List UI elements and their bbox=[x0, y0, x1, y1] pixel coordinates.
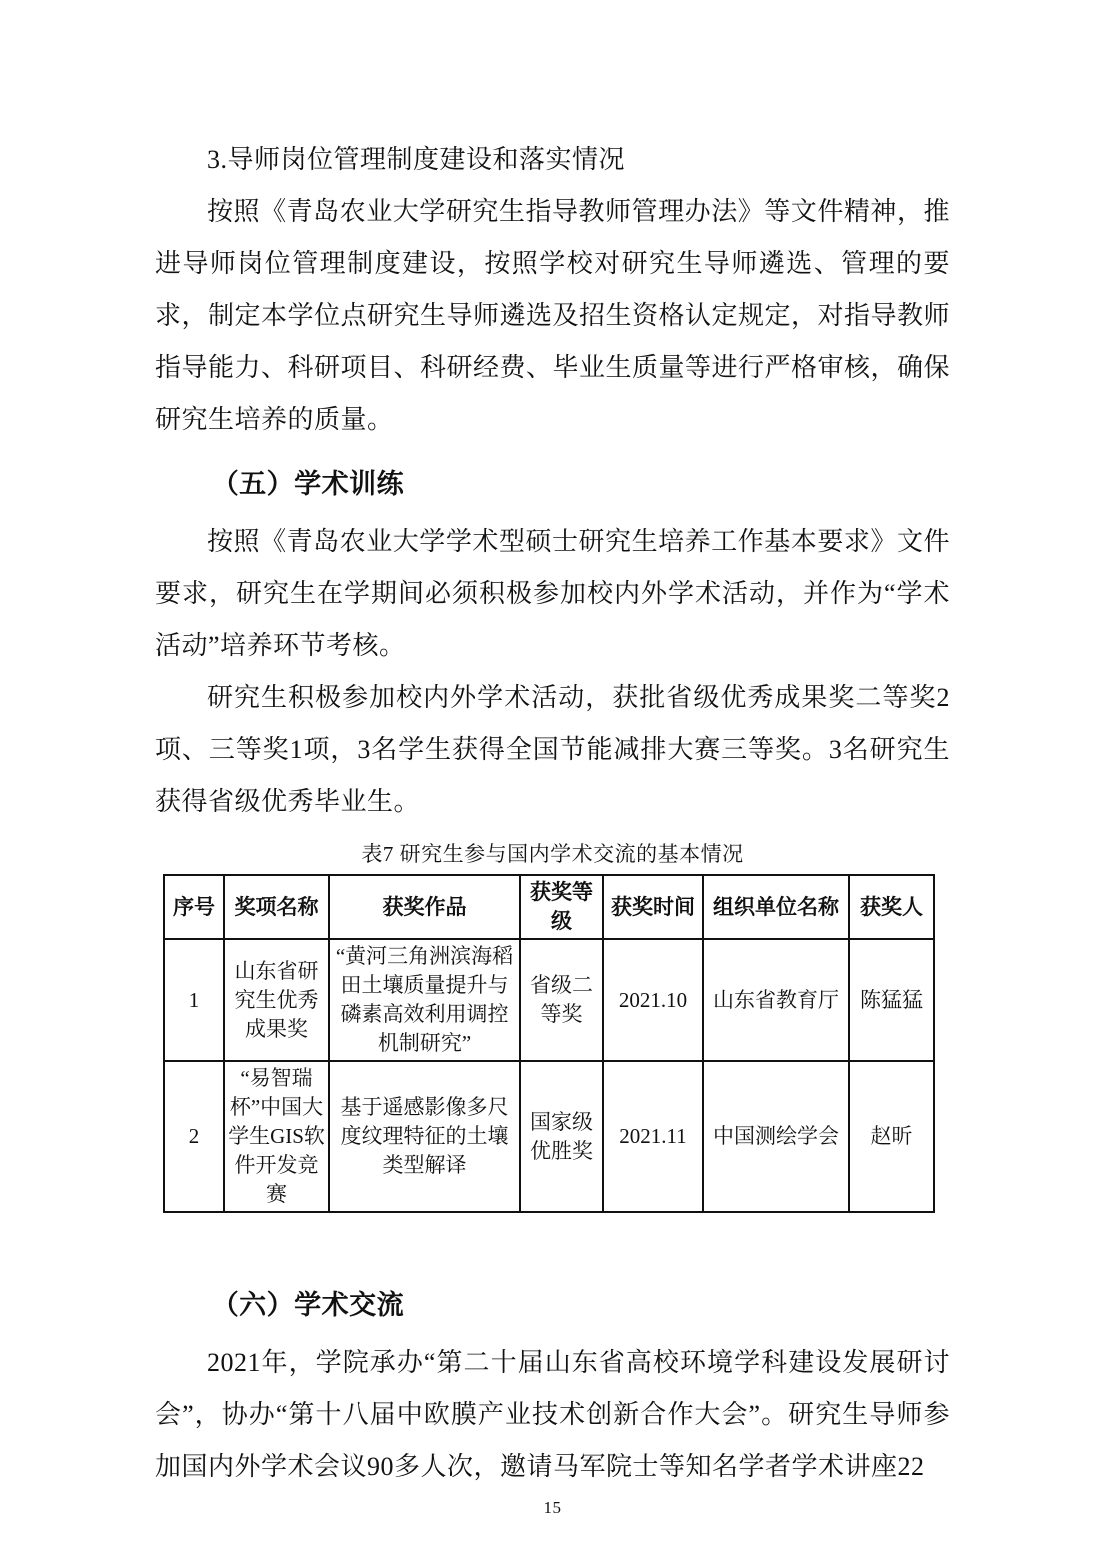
header-cell-index: 序号 bbox=[164, 875, 224, 939]
section-heading-academic-exchange: （六）学术交流 bbox=[155, 1283, 950, 1327]
table-row: 2 “易智瑞杯”中国大学生GIS软件开发竞赛 基于遥感影像多尺度纹理特征的土壤类… bbox=[164, 1061, 934, 1212]
table-cell-level: 省级二等奖 bbox=[520, 939, 603, 1061]
table-cell-work: “黄河三角洲滨海稻田土壤质量提升与磷素高效利用调控机制研究” bbox=[329, 939, 520, 1061]
table-caption: 表7 研究生参与国内学术交流的基本情况 bbox=[155, 836, 950, 872]
table-cell-index: 1 bbox=[164, 939, 224, 1061]
header-cell-award-name: 奖项名称 bbox=[224, 875, 329, 939]
header-cell-date: 获奖时间 bbox=[603, 875, 703, 939]
table-cell-organizer: 山东省教育厅 bbox=[703, 939, 849, 1061]
table-cell-date: 2021.10 bbox=[603, 939, 703, 1061]
paragraph-mentor-system-title: 3.导师岗位管理制度建设和落实情况 bbox=[155, 134, 950, 186]
header-cell-winner: 获奖人 bbox=[849, 875, 934, 939]
header-cell-level: 获奖等级 bbox=[520, 875, 603, 939]
paragraph-mentor-system-body: 按照《青岛农业大学研究生指导教师管理办法》等文件精神，推进导师岗位管理制度建设，… bbox=[155, 186, 950, 446]
paragraph-exchange-body: 2021年，学院承办“第二十届山东省高校环境学科建设发展研讨会”，协办“第十八届… bbox=[155, 1337, 950, 1493]
header-cell-organizer: 组织单位名称 bbox=[703, 875, 849, 939]
awards-table: 序号 奖项名称 获奖作品 获奖等级 获奖时间 组织单位名称 获奖人 1 山东省研… bbox=[163, 874, 935, 1213]
table-row: 1 山东省研究生优秀成果奖 “黄河三角洲滨海稻田土壤质量提升与磷素高效利用调控机… bbox=[164, 939, 934, 1061]
table-cell-award-name: “易智瑞杯”中国大学生GIS软件开发竞赛 bbox=[224, 1061, 329, 1212]
header-cell-work: 获奖作品 bbox=[329, 875, 520, 939]
table-cell-level: 国家级优胜奖 bbox=[520, 1061, 603, 1212]
document-page: 3.导师岗位管理制度建设和落实情况 按照《青岛农业大学研究生指导教师管理办法》等… bbox=[0, 0, 1102, 1559]
table-cell-winner: 陈猛猛 bbox=[849, 939, 934, 1061]
table-header-row: 序号 奖项名称 获奖作品 获奖等级 获奖时间 组织单位名称 获奖人 bbox=[164, 875, 934, 939]
page-content: 3.导师岗位管理制度建设和落实情况 按照《青岛农业大学研究生指导教师管理办法》等… bbox=[155, 0, 950, 1519]
paragraph-training-requirements: 按照《青岛农业大学学术型硕士研究生培养工作基本要求》文件要求，研究生在学期间必须… bbox=[155, 516, 950, 672]
section-heading-academic-training: （五）学术训练 bbox=[155, 462, 950, 506]
paragraph-training-achievements: 研究生积极参加校内外学术活动，获批省级优秀成果奖二等奖2项、三等奖1项，3名学生… bbox=[155, 672, 950, 828]
table-cell-index: 2 bbox=[164, 1061, 224, 1212]
page-number: 15 bbox=[155, 1497, 950, 1519]
table-cell-award-name: 山东省研究生优秀成果奖 bbox=[224, 939, 329, 1061]
table-cell-work: 基于遥感影像多尺度纹理特征的土壤类型解译 bbox=[329, 1061, 520, 1212]
table-cell-winner: 赵昕 bbox=[849, 1061, 934, 1212]
table-cell-date: 2021.11 bbox=[603, 1061, 703, 1212]
table-cell-organizer: 中国测绘学会 bbox=[703, 1061, 849, 1212]
